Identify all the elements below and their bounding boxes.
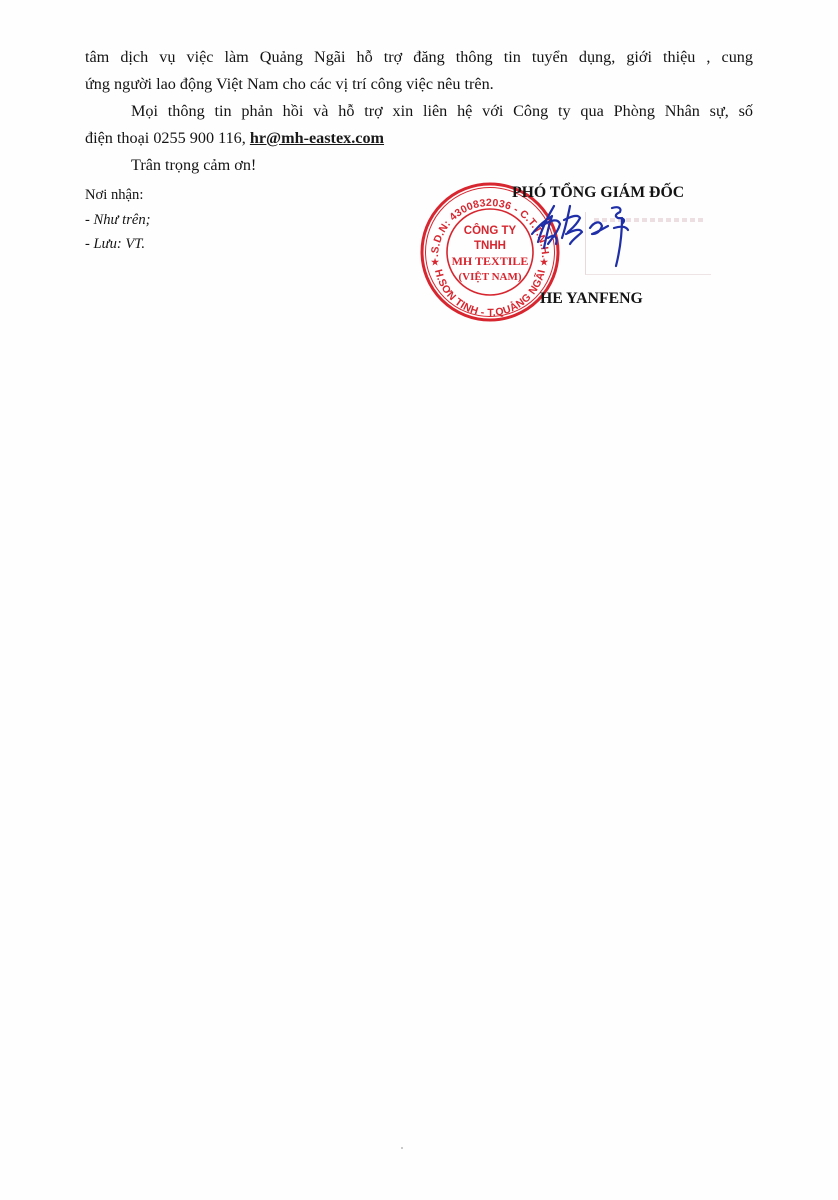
scan-speck	[636, 113, 638, 115]
contact-email-link[interactable]: hr@mh-eastex.com	[250, 129, 384, 147]
body-paragraph-1: tâm dịch vụ việc làm Quảng Ngãi hỗ trợ đ…	[85, 44, 753, 98]
stamp-inner-line-4: (VIỆT NAM)	[458, 270, 521, 283]
signer-name: HE YANFENG	[540, 290, 643, 308]
handwritten-signature	[528, 198, 648, 272]
body-paragraph-2: Mọi thông tin phản hồi và hỗ trợ xin liê…	[85, 98, 753, 152]
paragraph-line: Mọi thông tin phản hồi và hỗ trợ xin liê…	[85, 98, 753, 125]
paragraph-line: ứng người lao động Việt Nam cho các vị t…	[85, 71, 753, 98]
scan-speck	[401, 1147, 403, 1149]
stamp-inner-line-3: MH TEXTILE	[452, 254, 529, 268]
paragraph-line: tâm dịch vụ việc làm Quảng Ngãi hỗ trợ đ…	[85, 44, 753, 71]
phone-text: điện thoại 0255 900 116,	[85, 129, 250, 147]
recipient-item: - Như trên;	[85, 208, 151, 233]
stamp-inner-line-2: TNHH	[474, 240, 506, 252]
recipient-item: - Lưu: VT.	[85, 232, 151, 257]
svg-text:★: ★	[431, 257, 440, 267]
signature-icon	[528, 198, 648, 272]
document-page: tâm dịch vụ việc làm Quảng Ngãi hỗ trợ đ…	[0, 0, 838, 1200]
recipients-block: Nơi nhận: - Như trên; - Lưu: VT.	[85, 183, 151, 257]
recipients-label: Nơi nhận:	[85, 183, 151, 208]
closing-paragraph: Trân trọng cảm ơn!	[85, 152, 753, 179]
closing-text: Trân trọng cảm ơn!	[85, 152, 753, 179]
paragraph-line: điện thoại 0255 900 116, hr@mh-eastex.co…	[85, 125, 753, 152]
stamp-inner-line-1: CÔNG TY	[464, 224, 517, 237]
